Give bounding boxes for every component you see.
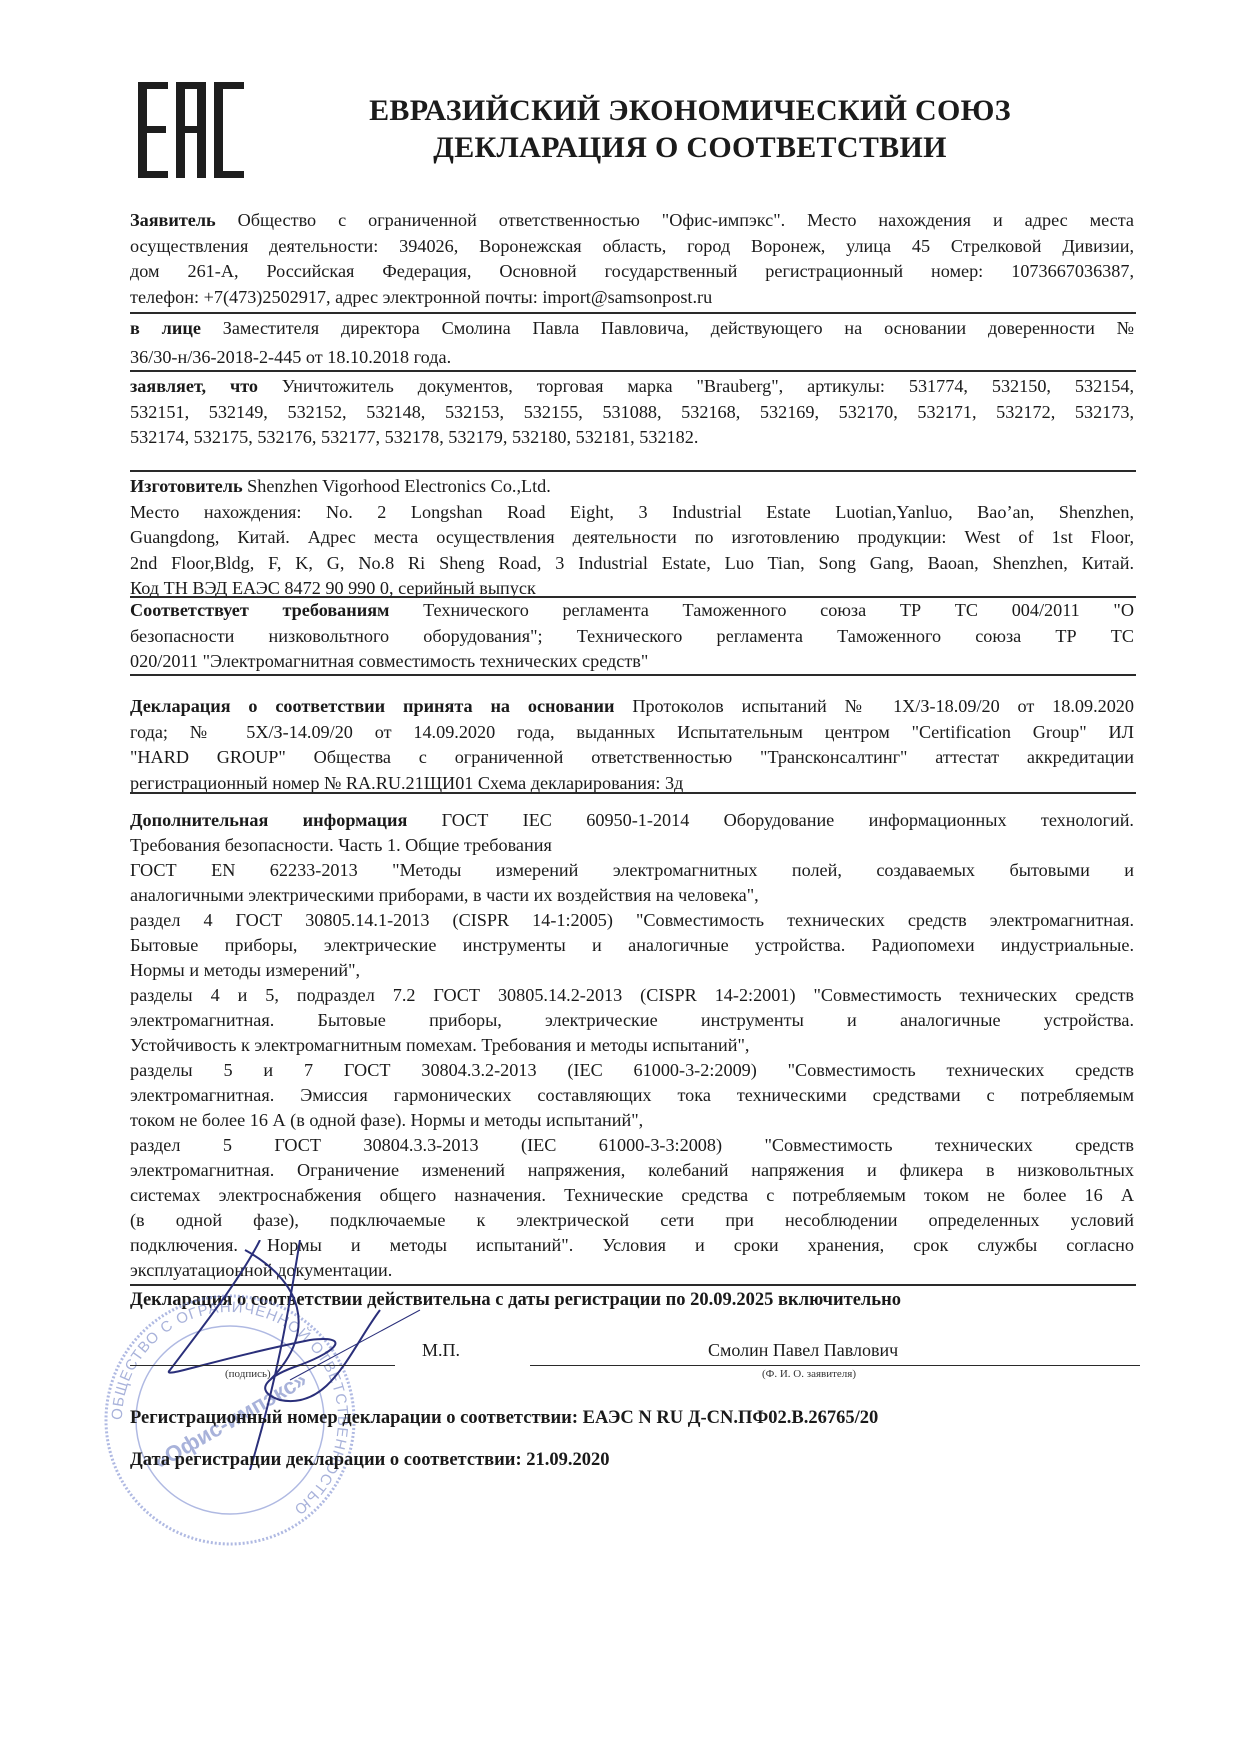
eac-logo-icon (138, 82, 244, 178)
additional-line: Устойчивость к электромагнитным помехам.… (130, 1033, 1134, 1058)
applicant-section: Заявитель Общество с ограниченной ответс… (130, 208, 1134, 310)
representative-line: Заместителя директора Смолина Павла Павл… (201, 318, 1134, 338)
declares-label: заявляет, что (130, 376, 258, 396)
additional-line: Нормы и методы измерений", (130, 958, 1134, 983)
title-line-declaration: ДЕКЛАРАЦИЯ О СООТВЕТСТВИИ (300, 129, 1080, 166)
additional-line: электромагнитная. Бытовые приборы, элект… (130, 1008, 1134, 1033)
basis-line: года; № 5Х/З-14.09/20 от 14.09.2020 года… (130, 720, 1134, 746)
compliance-line: Технического регламента Таможенного союз… (389, 600, 1134, 620)
representative-label: в лице (130, 318, 201, 338)
registration-number: Регистрационный номер декларации о соотв… (130, 1408, 878, 1429)
applicant-line: телефон: +7(473)2502917, адрес электронн… (130, 285, 1134, 311)
additional-line: раздел 5 ГОСТ 30804.3.3-2013 (IEC 61000-… (130, 1133, 1134, 1158)
additional-line: системах электроснабжения общего назначе… (130, 1183, 1134, 1208)
declares-line: 532174, 532175, 532176, 532177, 532178, … (130, 425, 1134, 451)
declares-section: заявляет, что Уничтожитель документов, т… (130, 374, 1134, 451)
handwritten-signature-icon (150, 1240, 430, 1470)
applicant-name-line (530, 1365, 1140, 1366)
applicant-line: дом 261-А, Российская Федерация, Основно… (130, 259, 1134, 285)
document-title: ЕВРАЗИЙСКИЙ ЭКОНОМИЧЕСКИЙ СОЮЗ ДЕКЛАРАЦИ… (300, 92, 1080, 166)
signature-line (130, 1365, 395, 1366)
compliance-line: безопасности низковольтного оборудования… (130, 624, 1134, 650)
applicant-name: Смолин Павел Павлович (708, 1340, 898, 1361)
additional-line: разделы 5 и 7 ГОСТ 30804.3.2-2013 (IEC 6… (130, 1058, 1134, 1083)
basis-label: Декларация о соответствии принята на осн… (130, 696, 615, 716)
divider (130, 792, 1136, 794)
declaration-page: ЕВРАЗИЙСКИЙ ЭКОНОМИЧЕСКИЙ СОЮЗ ДЕКЛАРАЦИ… (0, 0, 1240, 1754)
manufacturer-section: Изготовитель Shenzhen Vigorhood Electron… (130, 474, 1134, 602)
manufacturer-line: Shenzhen Vigorhood Electronics Co.,Ltd. (243, 476, 551, 496)
applicant-line: осуществления деятельности: 394026, Воро… (130, 234, 1134, 260)
additional-line: током не более 16 А (в одной фазе). Норм… (130, 1108, 1134, 1133)
additional-line: аналогичными электрическими приборами, в… (130, 883, 1134, 908)
compliance-label: Соответствует требованиям (130, 600, 389, 620)
additional-line: ГОСТ EN 62233-2013 "Методы измерений эле… (130, 858, 1134, 883)
representative-line: 36/30-н/36-2018-2-445 от 18.10.2018 года… (130, 345, 1134, 371)
title-line-union: ЕВРАЗИЙСКИЙ ЭКОНОМИЧЕСКИЙ СОЮЗ (300, 92, 1080, 129)
additional-line: ГОСТ IEC 60950-1-2014 Оборудование инфор… (407, 810, 1134, 830)
declares-line: Уничтожитель документов, торговая марка … (258, 376, 1134, 396)
additional-info-label: Дополнительная информация (130, 810, 407, 830)
additional-line: электромагнитная. Эмиссия гармонических … (130, 1083, 1134, 1108)
applicant-label: Заявитель (130, 210, 216, 230)
registration-date: Дата регистрации декларации о соответств… (130, 1450, 610, 1471)
additional-line: (в одной фазе), подключаемые к электриче… (130, 1208, 1134, 1233)
declares-line: 532151, 532149, 532152, 532148, 532153, … (130, 400, 1134, 426)
signature-caption: (подпись) (225, 1368, 271, 1380)
divider (130, 674, 1136, 676)
additional-info-section: Дополнительная информация ГОСТ IEC 60950… (130, 808, 1134, 1283)
divider (130, 312, 1136, 314)
divider (130, 370, 1136, 372)
applicant-name-caption: (Ф. И. О. заявителя) (762, 1368, 856, 1380)
additional-line: Бытовые приборы, электрические инструмен… (130, 933, 1134, 958)
compliance-line: 020/2011 "Электромагнитная совместимость… (130, 649, 1134, 675)
additional-line: электромагнитная. Ограничение изменений … (130, 1158, 1134, 1183)
divider (130, 470, 1136, 472)
basis-section: Декларация о соответствии принята на осн… (130, 694, 1134, 796)
manufacturer-line: Место нахождения: No. 2 Longshan Road Ei… (130, 500, 1134, 526)
manufacturer-line: Guangdong, Китай. Адрес места осуществле… (130, 525, 1134, 551)
compliance-section: Соответствует требованиям Технического р… (130, 598, 1134, 675)
manufacturer-label: Изготовитель (130, 476, 243, 496)
additional-line: Требования безопасности. Часть 1. Общие … (130, 833, 1134, 858)
stamp-place-label: М.П. (422, 1340, 460, 1361)
additional-line: разделы 4 и 5, подраздел 7.2 ГОСТ 30805.… (130, 983, 1134, 1008)
representative-section: в лице Заместителя директора Смолина Пав… (130, 316, 1134, 370)
applicant-line: Общество с ограниченной ответственностью… (216, 210, 1134, 230)
basis-line: Протоколов испытаний № 1Х/З-18.09/20 от … (615, 696, 1135, 716)
additional-line: раздел 4 ГОСТ 30805.14.1-2013 (CISPR 14-… (130, 908, 1134, 933)
basis-line: "HARD GROUP" Общества с ограниченной отв… (130, 745, 1134, 771)
manufacturer-line: 2nd Floor,Bldg, F, K, G, No.8 Ri Sheng R… (130, 551, 1134, 577)
